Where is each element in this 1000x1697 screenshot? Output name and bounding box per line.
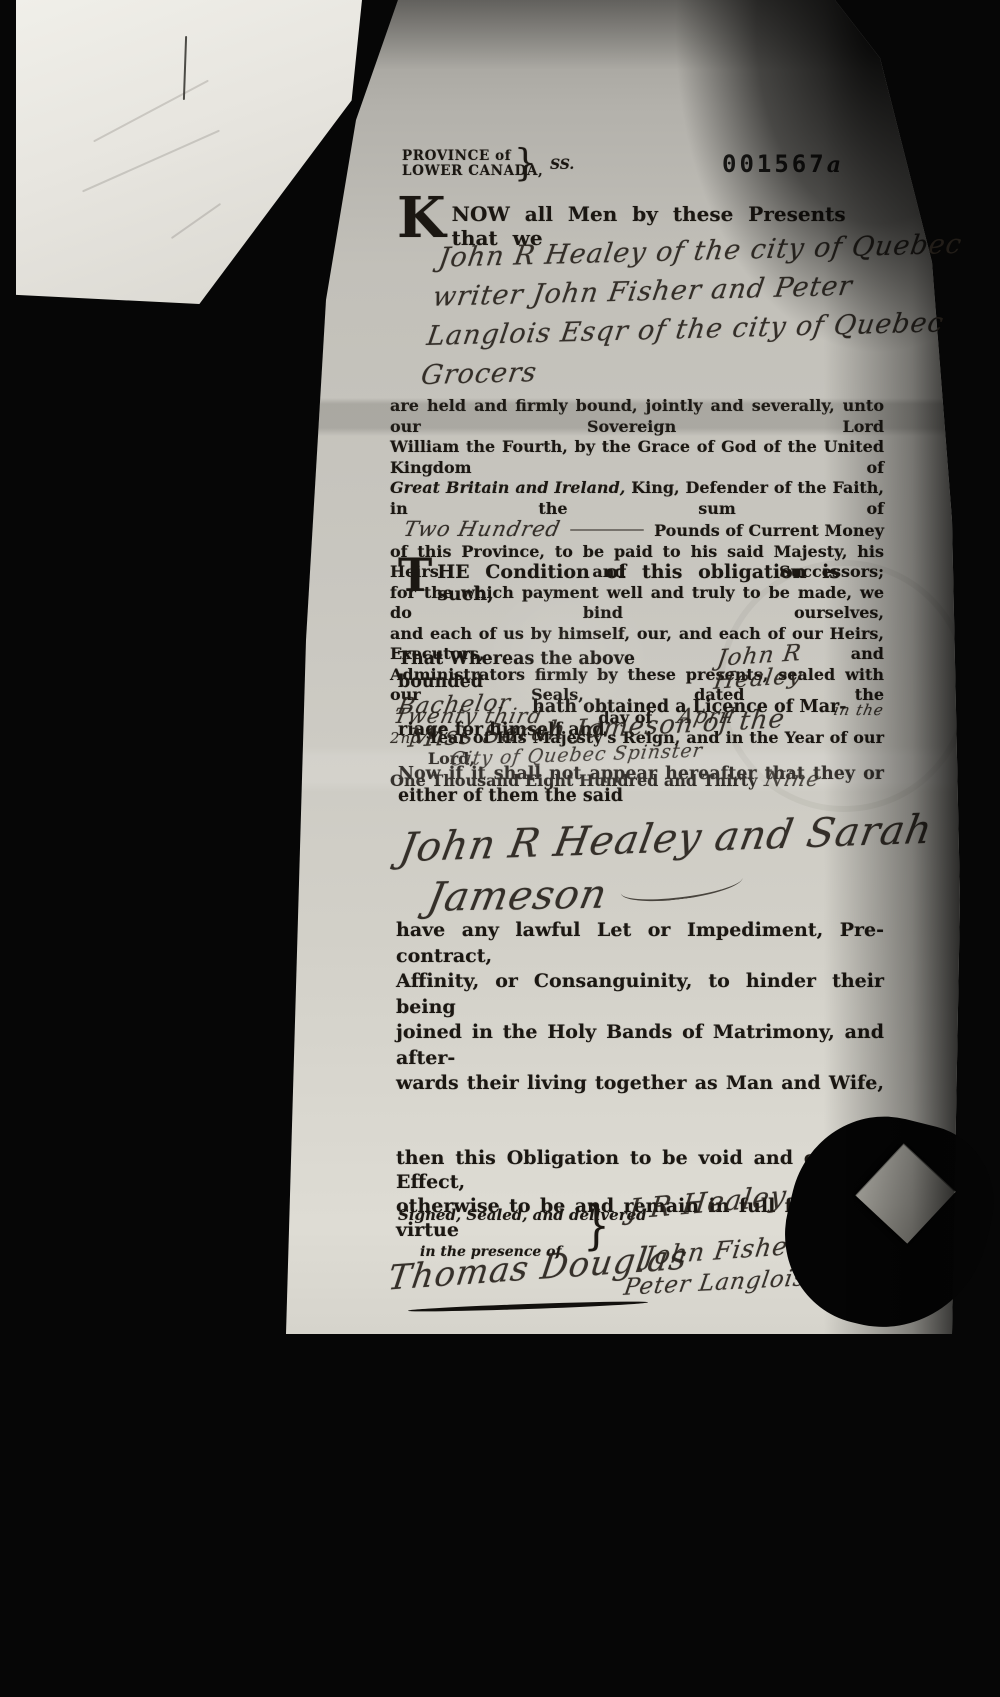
whereas-print-1: That Whereas the above bounded — [398, 648, 706, 694]
nowif-line-1: Now if it shall not appear hereafter tha… — [398, 764, 884, 784]
condition-line: T HE Condition of this obligation is suc… — [398, 556, 888, 605]
bond-lines-a: are held and firmly bound, jointly and s… — [390, 396, 884, 478]
handwritten-amount: Two Hundred — [402, 519, 563, 540]
handwritten-names-line2: Jameson — [424, 869, 746, 921]
serial-number: 001567a — [722, 150, 841, 178]
dropcap-T: T — [398, 556, 432, 594]
nowif-line-2: either of them the said — [398, 786, 623, 806]
faint-scribble — [171, 203, 221, 239]
bond-line3-italic: Great Britain and Ireland, — [390, 478, 625, 497]
pen-flourish — [619, 864, 743, 907]
header-brace: } — [514, 142, 537, 185]
impediment-paragraph: have any lawful Let or Impediment, Pre-c… — [396, 918, 884, 1097]
serial-digits: 001567 — [722, 150, 827, 178]
flourish-line — [570, 529, 644, 531]
faint-scribble — [82, 130, 220, 193]
whereas-line-1: That Whereas the above bounded John R He… — [398, 646, 884, 694]
bond-amount-line: Two Hundred Pounds of Current Money — [390, 519, 884, 542]
serial-suffix: a — [827, 152, 841, 178]
handwritten-parties: John R Healey of the city of Quebec writ… — [418, 225, 964, 395]
bond-line-3: Great Britain and Ireland, King, Defende… — [390, 478, 884, 519]
microfilm-scan: PROVINCE of LOWER CANADA, } SS. 001567a … — [0, 0, 1000, 1697]
handwritten-surname: Jameson — [424, 872, 612, 921]
handwritten-status: Bachelor — [396, 692, 513, 719]
dropcap-K: K — [397, 196, 446, 240]
condition-text: HE Condition of this obligation is such, — [437, 556, 888, 605]
overlapping-page-fragment — [16, 0, 362, 304]
handwritten-groom-name: John R Healey — [712, 636, 889, 694]
ss-abbreviation: SS. — [550, 157, 574, 173]
pounds-label: Pounds of Current Money — [654, 521, 884, 542]
faint-scribble — [93, 80, 209, 143]
